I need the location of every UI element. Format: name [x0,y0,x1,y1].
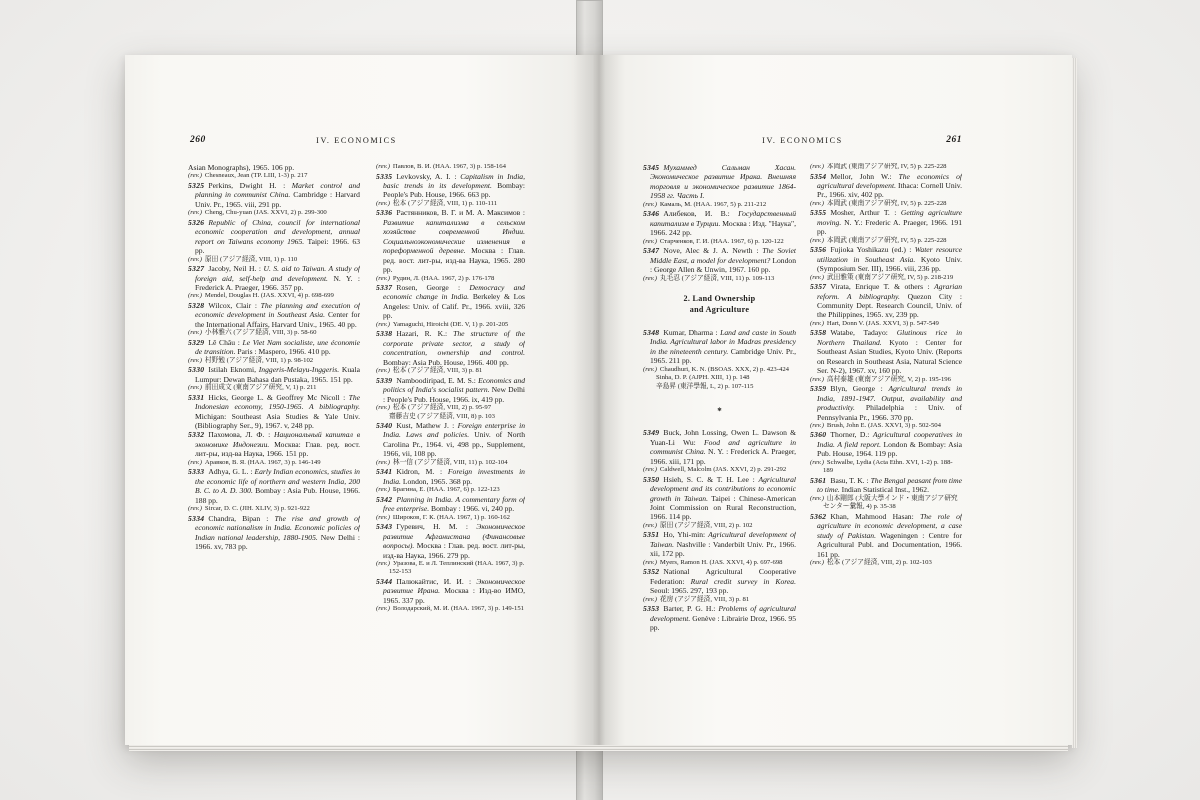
review-extra-line: Sinha, D. P. (AJPH. XIII, 1) p. 148 [643,374,796,383]
review-extra-line: 辛島昇 (東洋學報, L, 2) p. 107-115 [643,383,796,392]
review-label: (rev.) [643,201,657,208]
bib-entry: 5349Buck, John Lossing, Owen L. Dawson &… [643,428,796,466]
review-label: (rev.) [643,466,657,473]
review-label: (rev.) [376,605,390,612]
bib-entry: 5356Fujioka Yoshikazu (ed.) : Water reso… [810,245,962,273]
review-label: (rev.) [643,522,657,529]
bib-entry: 5334Chandra, Bipan : The rise and growth… [188,514,360,552]
review-label: (rev.) [810,422,824,429]
review-line: (rev.)Володарский, М. И. (HAA. 1967, 3) … [376,605,525,614]
bib-entry: 5325Perkins, Dwight H. : Market control … [188,181,360,209]
review-label: (rev.) [810,495,824,502]
review-label: (rev.) [810,320,824,327]
review-line: (rev.)村野勉 (アジア経済, VIII, 1) p. 98-102 [188,357,360,366]
review-line: (rev.)Павлов, В. И. (HAA. 1967, 3) p. 15… [376,163,525,172]
bib-entry: 5346Алибеков, И. В.: Государственный кап… [643,209,796,237]
bib-entry: 5337Rosen, George : Democracy and econom… [376,283,525,321]
bib-entry: 5348Kumar, Dharma : Land and caste in So… [643,328,796,366]
review-label: (rev.) [376,486,390,493]
review-line: (rev.)前田成文 (東南アジア研究, V, 1) p. 211 [188,384,360,393]
bib-entry: 5344Палюкайтис, И. И. : Экономическое ра… [376,577,525,605]
review-line: (rev.)原田 (アジア経済, VIII, 2) p. 102 [643,522,796,531]
page-260: 260 IV. ECONOMICS Asian Monographs), 196… [125,55,595,745]
bib-entry: 5327Jacoby, Neil H. : U. S. aid to Taiwa… [188,264,360,292]
review-line: (rev.)松本 (アジア経済, VIII, 1) p. 110-111 [376,200,525,209]
review-line: (rev.)Cheng, Chu-yuan (JAS. XXVI, 2) p. … [188,209,360,218]
review-label: (rev.) [643,366,657,373]
bib-entry: 5362Khan, Mahmood Hasan: The role of agr… [810,512,962,559]
review-line: (rev.)本岡武 (東南アジア研究, IV, 5) p. 225-228 [810,163,962,172]
review-line: (rev.)Chesneaux, Jean (TP. LIII, 1-3) p.… [188,172,360,181]
review-label: (rev.) [643,275,657,282]
bib-entry: 5330Istilah Eknomi, Inggeris-Melayu-Ingg… [188,365,360,384]
review-line: (rev.)松本 (アジア経済, VIII, 2) p. 95-97 [376,404,525,413]
bib-entry: 5355Mosher, Arthur T. : Getting agricult… [810,208,962,236]
review-label: (rev.) [810,200,824,207]
bib-entry: 5331Hicks, George L. & Geoffrey Mc Nicol… [188,393,360,431]
review-label: (rev.) [643,559,657,566]
review-label: (rev.) [188,459,202,466]
bib-entry: 5358Watabe, Tadayo: Glutinous rice in No… [810,328,962,375]
review-line: (rev.)丸毛忍 (アジア経済, VIII, 11) p. 109-113 [643,275,796,284]
review-label: (rev.) [376,163,390,170]
review-line: (rev.)Schwalbe, Lydia (Acta Ethn. XVI, 1… [810,459,962,476]
book-photo-scene: 260 IV. ECONOMICS Asian Monographs), 196… [0,0,1200,800]
bib-entry: 5354Mellor, John W.: The economics of ag… [810,172,962,200]
review-line: (rev.)Mendel, Douglas H. (JAS. XXVI, 4) … [188,292,360,301]
review-line: (rev.)Старченков, Г. И. (HAA. 1967, 6) p… [643,238,796,247]
review-label: (rev.) [188,329,202,336]
bib-entry: 5326Republic of China, council for inter… [188,218,360,256]
bib-entry: 5357Virata, Enrique T. & others : Agrari… [810,282,962,320]
review-label: (rev.) [810,163,824,170]
review-line: (rev.)山本剛郎 (大阪大學インド・東南アジア研究センター彙報, 4) p.… [810,495,962,512]
review-label: (rev.) [188,256,202,263]
review-line: (rev.)小林雅六 (アジア経済, VIII, 3) p. 58-60 [188,329,360,338]
bib-entry: 5360Thorner, D.: Agricultural cooperativ… [810,430,962,458]
review-line: (rev.)本岡武 (東南アジア研究, IV, 5) p. 225-228 [810,237,962,246]
page-number: 261 [946,135,962,145]
text-columns: 5345Мухаммед Сальман Хасан. Экономическо… [643,163,962,711]
review-line: (rev.)Chaudhuri, K. N. (BSOAS. XXX, 2) p… [643,366,796,375]
review-label: (rev.) [188,209,202,216]
bib-entry: 5341Kidron, M. : Foreign investments in … [376,467,525,486]
review-line: (rev.)Yamaguchi, Hiroichi (DE. V, 1) p. … [376,321,525,330]
review-label: (rev.) [376,404,390,411]
bib-entry-continuation: Asian Monographs), 1965. 106 pp. [188,163,360,172]
review-line: (rev.)林一信 (アジア経済, VIII, 11) p. 102-104 [376,459,525,468]
review-line: (rev.)Уразова, Е. и Л. Теплинский (HAA. … [376,560,525,577]
page-stack-edge-right [1072,58,1077,748]
review-line: (rev.)武田雅策 (東南アジア研究, IV, 5) p. 218-219 [810,274,962,283]
page-header-right: IV. ECONOMICS 261 [643,135,962,150]
bib-entry: 5328Wilcox, Clair : The planning and exe… [188,301,360,329]
running-head: IV. ECONOMICS [188,136,525,145]
review-label: (rev.) [188,505,202,512]
review-line: (rev.)Аравков, В. Я. (HAA. 1967, 3) p. 1… [188,459,360,468]
review-label: (rev.) [643,596,657,603]
running-head: IV. ECONOMICS [643,136,962,145]
review-label: (rev.) [810,376,824,383]
review-label: (rev.) [376,367,390,374]
bib-entry: 5340Kust, Mathew J. : Foreign enterprise… [376,421,525,459]
column-1: Asian Monographs), 1965. 106 pp.(rev.)Ch… [188,163,360,711]
review-label: (rev.) [188,292,202,299]
bib-entry: 5361Basu, T. K. : The Bengal peasant fro… [810,476,962,495]
review-label: (rev.) [376,560,390,567]
bib-entry: 5347Nove, Alec & J. A. Newth : The Sovie… [643,246,796,274]
review-line: (rev.)松本 (アジア経済, VIII, 3) p. 81 [376,367,525,376]
bib-entry: 5343Гуревич, Н. М. : Экономическое разви… [376,522,525,560]
column-2: (rev.)Павлов, В. И. (HAA. 1967, 3) p. 15… [376,163,525,711]
bib-entry: 5332Пахомова, Л. Ф. : Национальный капит… [188,430,360,458]
bib-entry: 5350Hsieh, S. C. & T. H. Lee : Agricultu… [643,475,796,522]
bib-entry: 5353Barter, P. G. H.: Problems of agricu… [643,604,796,632]
review-line: (rev.)Камаль, М. (HAA. 1967, 5) p. 211-2… [643,201,796,210]
bib-entry: 5333Adhya, G. L. : Early Indian economic… [188,467,360,505]
bib-entry: 5342Planning in India. A commentary form… [376,495,525,514]
review-label: (rev.) [188,172,202,179]
review-line: (rev.)高村泰雄 (東南アジア研究, V, 2) p. 195-196 [810,376,962,385]
bib-entry: 5336Растянников, В. Г. и М. А. Максимов … [376,208,525,274]
column-3: 5345Мухаммед Сальман Хасан. Экономическо… [643,163,796,711]
review-label: (rev.) [376,514,390,521]
asterisk-separator: * [643,406,796,416]
text-columns: Asian Monographs), 1965. 106 pp.(rev.)Ch… [188,163,525,711]
review-line: (rev.)Рудин, Л. (HAA. 1967, 2) p. 176-17… [376,275,525,284]
review-line: (rev.)Brush, John E. (JAS. XXVI, 3) p. 5… [810,422,962,431]
bib-entry: 5351Ho, Yhi-min: Agricultural developmen… [643,530,796,558]
review-label: (rev.) [188,384,202,391]
review-label: (rev.) [810,459,824,466]
review-label: (rev.) [810,559,824,566]
review-line: (rev.)Hart, Donn V. (JAS. XXVI, 3) p. 54… [810,320,962,329]
bib-entry: 5338Hazari, R. K.: The structure of the … [376,329,525,367]
page-header-left: 260 IV. ECONOMICS [188,135,525,150]
bib-entry: 5329Lê Châu : Le Viet Nam socialiste, un… [188,338,360,357]
open-book-spread: 260 IV. ECONOMICS Asian Monographs), 196… [125,55,1072,745]
page-261: IV. ECONOMICS 261 5345Мухаммед Сальман Х… [595,55,1072,745]
review-label: (rev.) [376,275,390,282]
review-label: (rev.) [376,200,390,207]
review-line: (rev.)Myers, Ramon H. (JAS. XXVI, 4) p. … [643,559,796,568]
bib-entry: 5345Мухаммед Сальман Хасан. Экономическо… [643,163,796,201]
review-extra-line: 齋藤吉史 (アジア経済, VIII, 8) p. 103 [376,413,525,422]
section-heading: 2. Land Ownershipand Agriculture [643,294,796,315]
review-line: (rev.)Широков, Г. К. (HAA. 1967, 1) p. 1… [376,514,525,523]
review-line: (rev.)原田 (アジア経済, VIII, 1) p. 110 [188,256,360,265]
review-line: (rev.)松本 (アジア経済, VIII, 2) p. 102-103 [810,559,962,568]
review-line: (rev.)本岡武 (東南アジア研究, IV, 5) p. 225-228 [810,200,962,209]
review-line: (rev.)Sircar, D. C. (JIH. XLIV, 3) p. 92… [188,505,360,514]
review-line: (rev.)花房 (アジア経済, VIII, 3) p. 81 [643,596,796,605]
review-label: (rev.) [643,238,657,245]
bib-entry: 5359Blyn, George : Agricultural trends i… [810,384,962,422]
review-label: (rev.) [810,237,824,244]
review-label: (rev.) [810,274,824,281]
review-label: (rev.) [376,459,390,466]
column-4: (rev.)本岡武 (東南アジア研究, IV, 5) p. 225-228535… [810,163,962,711]
review-line: (rev.)Брагина, Е. (HAA. 1967, 6) p. 122-… [376,486,525,495]
bib-entry: 5339Namboodiripad, E. M. S.: Economics a… [376,376,525,404]
bib-entry: 5335Levkovsky, A. I. : Capitalism in Ind… [376,172,525,200]
bib-entry: 5352National Agricultural Cooperative Fe… [643,567,796,595]
review-label: (rev.) [188,357,202,364]
book-spine-top [576,0,603,59]
review-line: (rev.)Caldwell, Malcolm (JAS. XXVI, 2) p… [643,466,796,475]
review-label: (rev.) [376,321,390,328]
